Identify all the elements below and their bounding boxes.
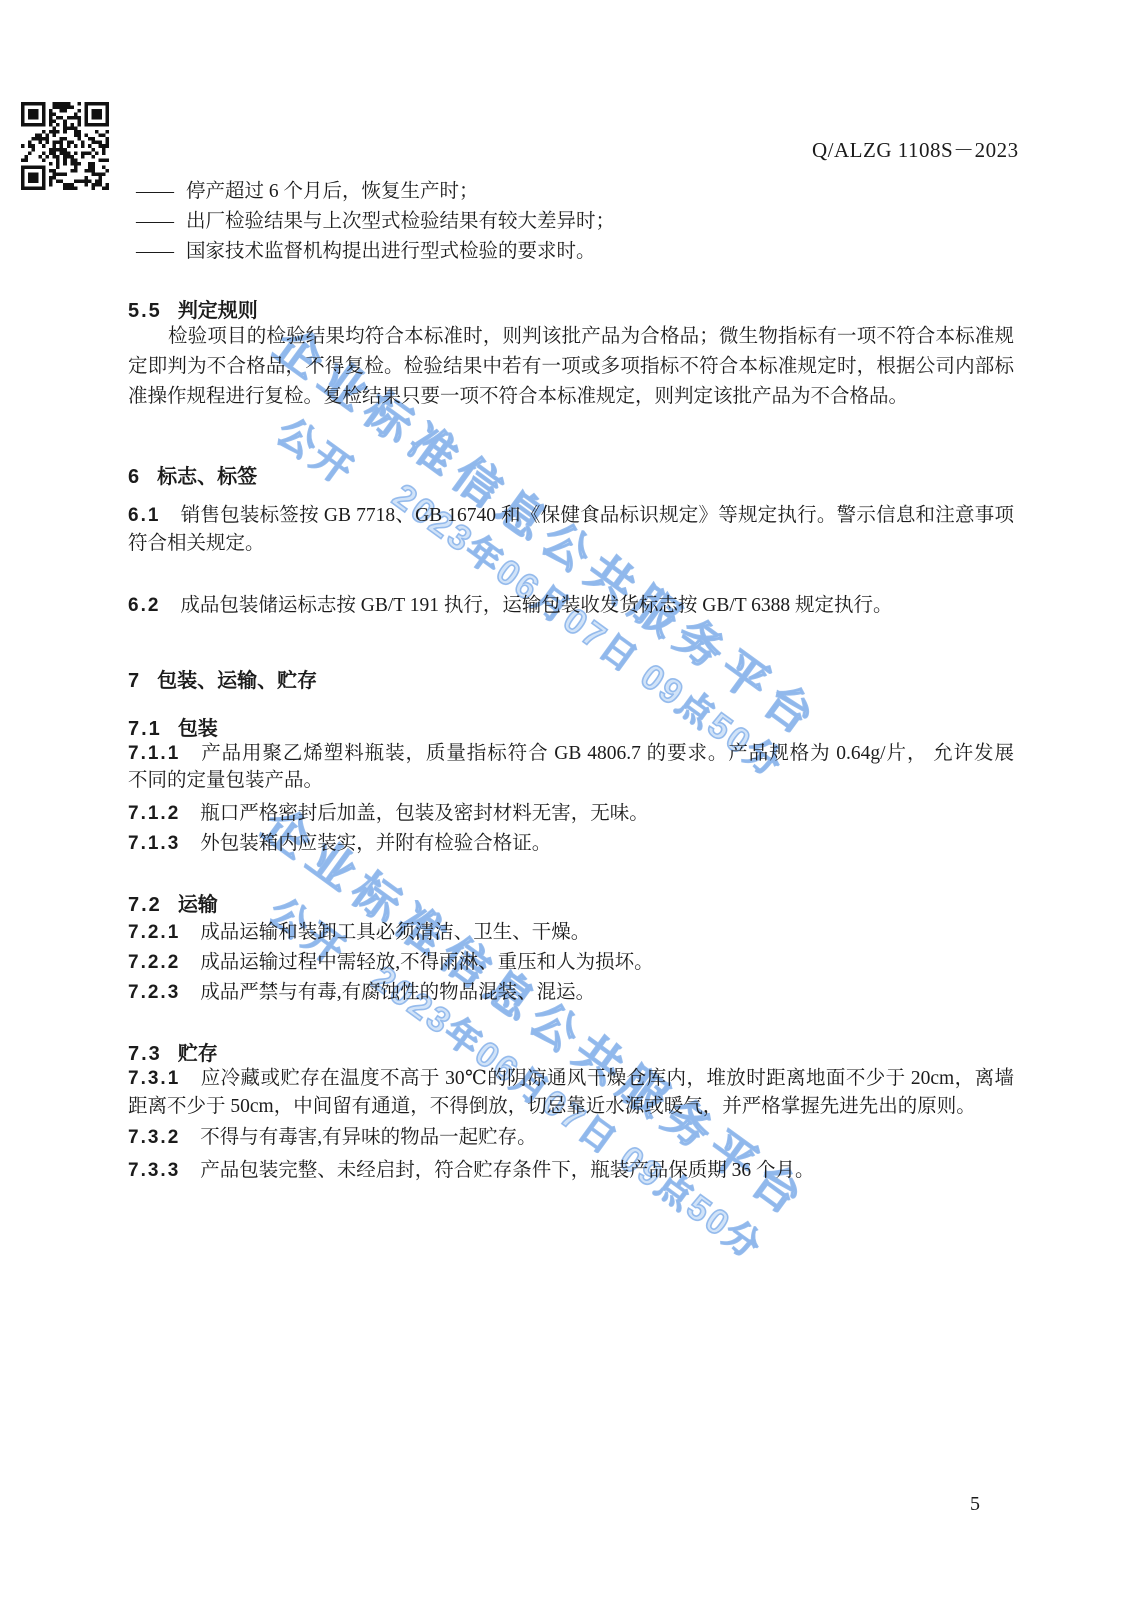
clause-7-2-2: 7.2.2成品运输过程中需轻放,不得雨淋、重压和人为损坏。 [128, 948, 1014, 977]
clause-text: 符合相关规定。 [128, 533, 265, 554]
clause-7-1-1: 7.1.1产品用聚乙烯塑料瓶装，质量指标符合 GB 4806.7 的要求。产品规… [128, 740, 1014, 794]
heading-number: 6 [128, 466, 141, 488]
clause-text: 产品包装完整、未经启封，符合贮存条件下，瓶装产品保质期 36 个月。 [200, 1160, 814, 1181]
clause-text: 外包装箱内应装实，并附有检验合格证。 [200, 833, 551, 854]
text-line: 不同的定量包装产品。 [128, 767, 1014, 794]
page-number: 5 [970, 1493, 980, 1516]
heading-number: 5.5 [128, 300, 162, 322]
text-line: 定即判为不合格品，不得复检。检验结果中若有一项或多项指标不符合本标准规定时，根据… [128, 352, 1014, 382]
text-line: 7.3.1应冷藏或贮存在温度不高于 30℃的阴凉通风干燥仓库内，堆放时距离地面不… [128, 1065, 1014, 1093]
clause-7-3-1: 7.3.1应冷藏或贮存在温度不高于 30℃的阴凉通风干燥仓库内，堆放时距离地面不… [128, 1065, 1014, 1121]
text-line: 6.1销售包装标签按 GB 7718、GB 16740 和《保健食品标识规定》等… [128, 502, 1014, 530]
heading-number: 7.1 [128, 718, 162, 740]
heading-7: 7包装、运输、贮存 [128, 664, 1014, 693]
clause-7-3-2: 7.3.2不得与有毒害,有异味的物品一起贮存。 [128, 1123, 1014, 1152]
heading-title: 包装 [178, 718, 218, 740]
heading-7-3: 7.3贮存 [128, 1037, 1014, 1066]
text-line: 6.2成品包装储运标志按 GB/T 191 执行，运输包装收发货标志按 GB/T… [128, 591, 1014, 620]
clause-number: 7.2.1 [128, 922, 180, 943]
heading-6: 6标志、标签 [128, 460, 1014, 489]
text-line: 7.2.3成品严禁与有毒,有腐蚀性的物品混装、混运。 [128, 978, 1014, 1007]
dash-list-item: ——出厂检验结果与上次型式检验结果有较大差异时； [136, 207, 1036, 237]
clause-6-1: 6.1销售包装标签按 GB 7718、GB 16740 和《保健食品标识规定》等… [128, 502, 1014, 558]
clause-number: 7.3.2 [128, 1127, 180, 1148]
clause-7-1-2: 7.1.2瓶口严格密封后加盖，包装及密封材料无害，无味。 [128, 799, 1014, 828]
text-line: 7.1.2瓶口严格密封后加盖，包装及密封材料无害，无味。 [128, 799, 1014, 828]
text-line: 7.1.1产品用聚乙烯塑料瓶装，质量指标符合 GB 4806.7 的要求。产品规… [128, 740, 1014, 767]
text-line: 7.1.3外包装箱内应装实，并附有检验合格证。 [128, 829, 1014, 858]
heading-7-1: 7.1包装 [128, 712, 1014, 741]
text-line: 7.2.1成品运输和装卸工具必须清洁、卫生、干燥。 [128, 918, 1014, 947]
text-line: 7.3.2不得与有毒害,有异味的物品一起贮存。 [128, 1123, 1014, 1152]
text-line: 7.3.3产品包装完整、未经启封，符合贮存条件下，瓶装产品保质期 36 个月。 [128, 1156, 1014, 1185]
clause-text: 成品包装储运标志按 GB/T 191 执行，运输包装收发货标志按 GB/T 63… [180, 595, 892, 616]
clause-text: 成品运输过程中需轻放,不得雨淋、重压和人为损坏。 [200, 952, 653, 973]
heading-7-2: 7.2运输 [128, 888, 1014, 917]
document-page: 企业标准信息公共服务平台 公开 2023年06月07日 09点50分 企业标准信… [0, 0, 1132, 1600]
heading-number: 7.3 [128, 1043, 162, 1065]
text-line: 准操作规程进行复检。复检结果只要一项不符合本标准规定，则判定该批产品为不合格品。 [128, 382, 1014, 412]
clause-7-1-3: 7.1.3外包装箱内应装实，并附有检验合格证。 [128, 829, 1014, 858]
heading-title: 标志、标签 [157, 466, 257, 488]
dash-item-text: 出厂检验结果与上次型式检验结果有较大差异时； [186, 211, 615, 232]
clause-number: 6.2 [128, 595, 160, 616]
clause-number: 7.1.1 [128, 743, 180, 764]
clause-number: 7.2.2 [128, 952, 180, 973]
text-line: 距离不少于 50cm，中间留有通道，不得倒放，切忌靠近水源或暖气，并严格掌握先进… [128, 1093, 1014, 1121]
clause-text: 不得与有毒害,有异味的物品一起贮存。 [200, 1127, 536, 1148]
clause-number: 7.3.3 [128, 1160, 180, 1181]
clause-text: 准操作规程进行复检。复检结果只要一项不符合本标准规定，则判定该批产品为不合格品。 [128, 386, 908, 407]
clause-number: 7.3.1 [128, 1068, 180, 1089]
text-line: 符合相关规定。 [128, 530, 1014, 558]
dash-icon: —— [136, 181, 173, 202]
clause-6-2: 6.2成品包装储运标志按 GB/T 191 执行，运输包装收发货标志按 GB/T… [128, 591, 1014, 620]
dash-list-item: ——国家技术监督机构提出进行型式检验的要求时。 [136, 237, 1036, 267]
heading-title: 判定规则 [178, 300, 258, 322]
paragraph-5-5-body: 检验项目的检验结果均符合本标准时，则判该批产品为合格品；微生物指标有一项不符合本… [128, 322, 1014, 412]
clause-7-2-1: 7.2.1成品运输和装卸工具必须清洁、卫生、干燥。 [128, 918, 1014, 947]
dash-item-text: 停产超过 6 个月后，恢复生产时； [186, 181, 479, 202]
dash-icon: —— [136, 241, 173, 262]
clause-text: 不同的定量包装产品。 [128, 770, 323, 791]
clause-text: 瓶口严格密封后加盖，包装及密封材料无害，无味。 [200, 803, 649, 824]
heading-number: 7.2 [128, 894, 162, 916]
clause-text: 销售包装标签按 GB 7718、GB 16740 和《保健食品标识规定》等规定执… [180, 505, 1014, 526]
clause-text: 产品用聚乙烯塑料瓶装，质量指标符合 GB 4806.7 的要求。产品规格为 0.… [200, 743, 1014, 764]
clause-number: 7.1.2 [128, 803, 180, 824]
clause-number: 7.1.3 [128, 833, 180, 854]
qr-code [21, 99, 109, 193]
clause-text: 检验项目的检验结果均符合本标准时，则判该批产品为合格品；微生物指标有一项不符合本… [168, 326, 1014, 347]
text-line: 检验项目的检验结果均符合本标准时，则判该批产品为合格品；微生物指标有一项不符合本… [128, 322, 1014, 352]
clause-text: 成品严禁与有毒,有腐蚀性的物品混装、混运。 [200, 982, 595, 1003]
dash-list-item: ——停产超过 6 个月后，恢复生产时； [136, 177, 1036, 207]
clause-number: 6.1 [128, 505, 160, 526]
dash-icon: —— [136, 211, 173, 232]
standard-number-header: Q/ALZG 1108S－2023 [812, 134, 1019, 164]
dash-list: ——停产超过 6 个月后，恢复生产时；——出厂检验结果与上次型式检验结果有较大差… [136, 177, 1036, 267]
clause-number: 7.2.3 [128, 982, 180, 1003]
heading-title: 贮存 [178, 1043, 218, 1065]
clause-text: 定即判为不合格品，不得复检。检验结果中若有一项或多项指标不符合本标准规定时，根据… [128, 356, 1014, 377]
heading-title: 运输 [178, 894, 218, 916]
clause-text: 距离不少于 50cm，中间留有通道，不得倒放，切忌靠近水源或暖气，并严格掌握先进… [128, 1096, 976, 1117]
text-line: 7.2.2成品运输过程中需轻放,不得雨淋、重压和人为损坏。 [128, 948, 1014, 977]
heading-5-5: 5.5判定规则 [128, 294, 1014, 323]
clause-text: 应冷藏或贮存在温度不高于 30℃的阴凉通风干燥仓库内，堆放时距离地面不少于 20… [200, 1068, 1014, 1089]
dash-item-text: 国家技术监督机构提出进行型式检验的要求时。 [186, 241, 596, 262]
clause-7-3-3: 7.3.3产品包装完整、未经启封，符合贮存条件下，瓶装产品保质期 36 个月。 [128, 1156, 1014, 1185]
clause-7-2-3: 7.2.3成品严禁与有毒,有腐蚀性的物品混装、混运。 [128, 978, 1014, 1007]
heading-number: 7 [128, 670, 141, 692]
clause-text: 成品运输和装卸工具必须清洁、卫生、干燥。 [200, 922, 590, 943]
heading-title: 包装、运输、贮存 [157, 670, 317, 692]
